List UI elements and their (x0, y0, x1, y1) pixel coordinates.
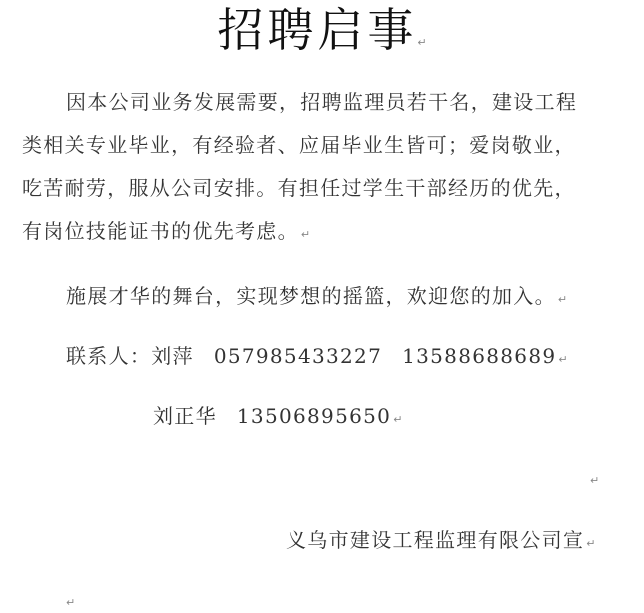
document-page: 招聘启事↵ 因本公司业务发展需要，招聘监理员若干名，建设工程 类相关专业毕业，有… (0, 0, 644, 613)
slogan-text: 施展才华的舞台，实现梦想的摇篮，欢迎您的加入。 (66, 284, 556, 308)
body-line-text: 因本公司业务发展需要，招聘监理员若干名，建设工程 (66, 90, 577, 114)
paragraph-mark-icon: ↵ (417, 36, 426, 49)
paragraph-mark-icon: ↵ (66, 596, 75, 609)
paragraph-mark-icon: ↵ (393, 413, 402, 426)
slogan-line: 施展才华的舞台，实现梦想的摇篮，欢迎您的加入。↵ (66, 282, 567, 314)
signature-text: 义乌市建设工程监理有限公司宣 (286, 528, 584, 552)
contact-mobile: 13506895650 (237, 404, 391, 428)
body-line-1: 因本公司业务发展需要，招聘监理员若干名，建设工程 (66, 88, 577, 116)
body-line-text: 有岗位技能证书的优先考虑。 (22, 219, 299, 243)
paragraph-mark-icon: ↵ (590, 474, 599, 487)
contact-label: 联系人： (66, 344, 151, 368)
contact-mobile: 13588688689 (402, 344, 556, 368)
document-title: 招聘启事↵ (0, 2, 644, 71)
paragraph-mark-icon: ↵ (558, 353, 567, 366)
body-line-text: 吃苦耐劳，服从公司安排。有担任过学生干部经历的优先， (22, 176, 576, 200)
contact-name: 刘萍 (151, 344, 194, 368)
body-line-text: 类相关专业毕业，有经验者、应届毕业生皆可；爱岗敬业， (22, 133, 576, 157)
title-text: 招聘启事 (217, 3, 417, 57)
paragraph-mark-icon: ↵ (301, 228, 310, 241)
contact-name: 刘正华 (153, 404, 217, 428)
body-line-4: 有岗位技能证书的优先考虑。↵ (22, 217, 310, 249)
contact-line-secondary: 刘正华13506895650↵ (153, 402, 402, 434)
paragraph-mark-icon: ↵ (586, 537, 595, 550)
signature-line: 义乌市建设工程监理有限公司宣↵ (286, 526, 595, 558)
body-line-2: 类相关专业毕业，有经验者、应届毕业生皆可；爱岗敬业， (22, 131, 576, 159)
contact-landline: 057985433227 (214, 344, 382, 368)
paragraph-mark-icon: ↵ (558, 293, 567, 306)
contact-line-primary: 联系人：刘萍05798543322713588688689↵ (66, 342, 568, 374)
body-line-3: 吃苦耐劳，服从公司安排。有担任过学生干部经历的优先， (22, 174, 576, 202)
